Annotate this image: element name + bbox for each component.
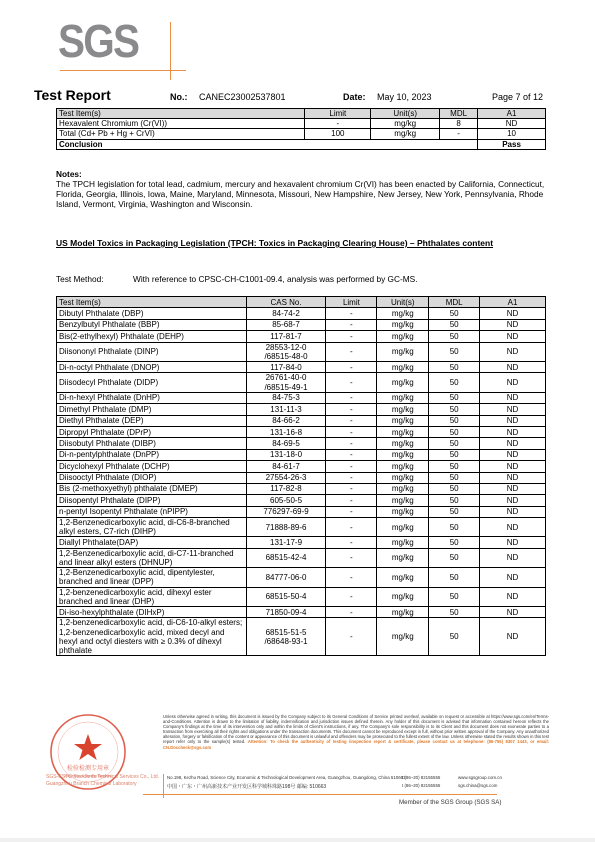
cell-a1: ND [478, 119, 546, 129]
cell-test-item: 1,2-Benzenedicarboxylic acid, dipentyles… [57, 568, 247, 587]
cell-cas-no: 84777-06-0 [246, 568, 326, 587]
cell-limit: - [326, 483, 377, 494]
cell-mdl: 50 [429, 308, 480, 319]
cell-a1: ND [480, 415, 546, 426]
cell-a1: ND [480, 373, 546, 392]
column-header: A1 [480, 297, 546, 308]
cell-test-item: Diisobutyl Phthalate (DIBP) [57, 438, 247, 449]
cell-cas-no: 605-50-5 [246, 495, 326, 506]
logo-accent-line [60, 70, 186, 71]
phthalates-table-body: Dibutyl Phthalate (DBP)84-74-2-mg/kg50ND… [57, 308, 546, 656]
column-header: Test Item(s) [57, 297, 247, 308]
cell-a1: ND [480, 404, 546, 415]
cell-cas-no: 84-66-2 [246, 415, 326, 426]
cell-mdl: 50 [429, 518, 480, 537]
cell-mdl: 50 [429, 548, 480, 567]
cell-test-item: Diisooctyl Phthalate (DIOP) [57, 472, 247, 483]
cell-cas-no: 68515-50-4 [246, 587, 326, 606]
conclusion-row: Conclusion Pass [57, 139, 546, 149]
table-row: Benzylbutyl Phthalate (BBP)85-68-7-mg/kg… [57, 319, 546, 330]
logo-accent-line-vertical [170, 22, 171, 80]
cell-a1: ND [480, 495, 546, 506]
cell-limit: - [326, 438, 377, 449]
cell-limit: - [326, 404, 377, 415]
legal-disclaimer: Unless otherwise agreed in writing, this… [163, 714, 549, 750]
report-title: Test Report [34, 87, 111, 103]
cell-mdl: 50 [429, 449, 480, 460]
table-row: 1,2-Benzenedicarboxylic acid, di-C7-11-b… [57, 548, 546, 567]
cell-limit: - [326, 449, 377, 460]
table-header-row: Test Item(s) CAS No. Limit Unit(s) MDL A… [57, 297, 546, 308]
cell-unit: mg/kg [377, 548, 429, 567]
cell-mdl: - [440, 129, 478, 139]
cell-mdl: 50 [429, 438, 480, 449]
cell-a1: ND [480, 568, 546, 587]
cell-test-item: Dipropyl Phthalate (DPrP) [57, 426, 247, 437]
table-row: Hexavalent Chromium (Cr(VI)) - mg/kg 8 N… [57, 119, 546, 129]
cell-unit: mg/kg [377, 342, 429, 361]
cell-mdl: 50 [429, 373, 480, 392]
table-row: Dipropyl Phthalate (DPrP)131-16-8-mg/kg5… [57, 426, 546, 437]
cell-limit: - [326, 607, 377, 618]
cell-limit: - [326, 308, 377, 319]
column-header: CAS No. [246, 297, 326, 308]
table-row: Di-n-pentylphthalate (DnPP)131-18-0-mg/k… [57, 449, 546, 460]
table-row: 1,2-Benzenedicarboxylic acid, dipentyles… [57, 568, 546, 587]
table-row: Dimethyl Phthalate (DMP)131-11-3-mg/kg50… [57, 404, 546, 415]
cell-unit: mg/kg [377, 506, 429, 517]
table-row: Di-n-octyl Phthalate (DNOP)117-84-0-mg/k… [57, 361, 546, 372]
cell-unit: mg/kg [377, 449, 429, 460]
cell-limit: - [326, 495, 377, 506]
cell-a1: ND [480, 518, 546, 537]
cell-unit: mg/kg [377, 568, 429, 587]
cell-a1: ND [480, 537, 546, 548]
cell-cas-no: 26761-40-0/68515-49-1 [246, 373, 326, 392]
cell-test-item: Hexavalent Chromium (Cr(VI)) [57, 119, 305, 129]
page-edge [0, 838, 595, 842]
cell-unit: mg/kg [377, 404, 429, 415]
table-row: Diisopentyl Phthalate (DIPP)605-50-5-mg/… [57, 495, 546, 506]
test-method-label: Test Method: [56, 274, 133, 284]
cell-a1: ND [480, 392, 546, 403]
svg-text:检验检测专用章: 检验检测专用章 [67, 764, 109, 772]
cell-cas-no: 68515-42-4 [246, 548, 326, 567]
cell-mdl: 50 [429, 495, 480, 506]
email-link[interactable]: sgs.china@sgs.com [458, 783, 497, 788]
cell-cas-no: 117-81-7 [246, 331, 326, 342]
cell-test-item: Dicyclohexyl Phthalate (DCHP) [57, 461, 247, 472]
cell-test-item: Bis(2-ethylhexyl) Phthalate (DEHP) [57, 331, 247, 342]
table-row: Total (Cd+ Pb + Hg + CrVI) 100 mg/kg - 1… [57, 129, 546, 139]
cell-mdl: 50 [429, 618, 480, 656]
cell-test-item: Di-n-hexyl Phthalate (DnHP) [57, 392, 247, 403]
table-row: Dibutyl Phthalate (DBP)84-74-2-mg/kg50ND [57, 308, 546, 319]
cell-test-item: Di-n-octyl Phthalate (DNOP) [57, 361, 247, 372]
report-date: May 10, 2023 [377, 92, 432, 102]
cell-a1: ND [480, 618, 546, 656]
cell-unit: mg/kg [377, 331, 429, 342]
cell-test-item: Benzylbutyl Phthalate (BBP) [57, 319, 247, 330]
cell-mdl: 50 [429, 319, 480, 330]
cell-unit: mg/kg [377, 361, 429, 372]
cell-mdl: 50 [429, 342, 480, 361]
cell-mdl: 50 [429, 506, 480, 517]
cell-mdl: 50 [429, 537, 480, 548]
cell-limit: - [326, 506, 377, 517]
cell-a1: ND [480, 426, 546, 437]
cell-test-item: 1,2-Benzenedicarboxylic acid, di-C6-8-br… [57, 518, 247, 537]
phthalates-table: Test Item(s) CAS No. Limit Unit(s) MDL A… [56, 296, 546, 656]
cell-limit: - [326, 331, 377, 342]
cell-mdl: 50 [429, 392, 480, 403]
cell-a1: ND [480, 607, 546, 618]
cell-a1: ND [480, 483, 546, 494]
cell-cas-no: 117-82-8 [246, 483, 326, 494]
address-chinese: 中国・广东・广州高新技术产业开发区科学城科珠路198号 邮编: 510663 [167, 783, 326, 790]
table-row: n-pentyl Isopentyl Phthalate (nPIPP)7762… [57, 506, 546, 517]
cell-limit: - [326, 618, 377, 656]
column-header: Unit(s) [377, 297, 429, 308]
table-row: 1,2-Benzenedicarboxylic acid, di-C6-8-br… [57, 518, 546, 537]
table-row: 1,2-benzenedicarboxylic acid, di-C6-10-a… [57, 618, 546, 656]
table-row: Diallyl Phthalate(DAP)131-17-9-mg/kg50ND [57, 537, 546, 548]
telephone: t (86–20) 82155555 [402, 783, 440, 788]
cell-mdl: 50 [429, 483, 480, 494]
report-number: CANEC23002537801 [199, 92, 286, 102]
cell-a1: ND [480, 438, 546, 449]
cell-unit: mg/kg [377, 426, 429, 437]
cell-cas-no: 71888-89-6 [246, 518, 326, 537]
cell-limit: - [326, 587, 377, 606]
cell-limit: - [326, 426, 377, 437]
column-header: Limit [305, 109, 371, 119]
table-row: Diethyl Phthalate (DEP)84-66-2-mg/kg50ND [57, 415, 546, 426]
cell-unit: mg/kg [377, 587, 429, 606]
cell-test-item: Di-n-pentylphthalate (DnPP) [57, 449, 247, 460]
stamp-caption: SGS-CSTC Standards Technical Services Co… [46, 774, 159, 780]
report-number-label: No.: [170, 92, 188, 102]
cell-limit: - [326, 319, 377, 330]
cell-mdl: 50 [429, 404, 480, 415]
cell-unit: mg/kg [377, 483, 429, 494]
conclusion-value: Pass [478, 139, 546, 149]
column-header: MDL [429, 297, 480, 308]
conclusion-label: Conclusion [57, 139, 478, 149]
table-row: 1,2-benzenedicarboxylic acid, dihexyl es… [57, 587, 546, 606]
cell-test-item: Di-iso-hexylphthalate (DIHxP) [57, 607, 247, 618]
cell-test-item: Total (Cd+ Pb + Hg + CrVI) [57, 129, 305, 139]
cell-a1: ND [480, 461, 546, 472]
report-header: Test Report No.: CANEC23002537801 Date: … [34, 91, 554, 107]
cell-limit: - [326, 472, 377, 483]
notes-title: Notes: [56, 169, 546, 179]
cell-test-item: Diallyl Phthalate(DAP) [57, 537, 247, 548]
cell-a1: ND [480, 449, 546, 460]
table-row: Diisobutyl Phthalate (DIBP)84-69-5-mg/kg… [57, 438, 546, 449]
column-header: Unit(s) [371, 109, 440, 119]
cell-mdl: 50 [429, 472, 480, 483]
address-english: No.198, Kezhu Road, Science City, Econom… [167, 775, 406, 780]
cell-mdl: 50 [429, 461, 480, 472]
cell-unit: mg/kg [377, 319, 429, 330]
cell-a1: ND [480, 472, 546, 483]
cell-unit: mg/kg [377, 537, 429, 548]
cell-a1: ND [480, 331, 546, 342]
inspection-stamp-icon: 检验检测专用章 Inspection & Testing Services [48, 712, 128, 792]
cell-cas-no: 131-16-8 [246, 426, 326, 437]
cell-limit: - [326, 548, 377, 567]
cell-unit: mg/kg [377, 392, 429, 403]
cell-cas-no: 71850-09-4 [246, 607, 326, 618]
section-title: US Model Toxics in Packaging Legislation… [56, 238, 546, 249]
cell-unit: mg/kg [377, 618, 429, 656]
cell-limit: - [305, 119, 371, 129]
test-method: Test Method:With reference to CPSC-CH-C1… [56, 274, 418, 284]
cell-limit: - [326, 361, 377, 372]
cell-cas-no: 117-84-0 [246, 361, 326, 372]
column-header: Test Item(s) [57, 109, 305, 119]
cell-cas-no: 28553-12-0/68515-48-0 [246, 342, 326, 361]
column-header: A1 [478, 109, 546, 119]
cell-unit: mg/kg [377, 495, 429, 506]
cell-test-item: Dimethyl Phthalate (DMP) [57, 404, 247, 415]
cell-unit: mg/kg [371, 119, 440, 129]
cell-unit: mg/kg [377, 373, 429, 392]
cell-mdl: 50 [429, 568, 480, 587]
cell-cas-no: 84-69-5 [246, 438, 326, 449]
cell-cas-no: 27554-26-3 [246, 472, 326, 483]
table-row: Bis (2-methoxyethyl) phthalate (DMEP)117… [57, 483, 546, 494]
cell-cas-no: 776297-69-9 [246, 506, 326, 517]
sgs-logo: SGS [28, 10, 158, 70]
cell-mdl: 50 [429, 587, 480, 606]
heavy-metals-table: Test Item(s) Limit Unit(s) MDL A1 Hexava… [56, 108, 546, 150]
table-row: Diisodecyl Phthalate (DIDP)26761-40-0/68… [57, 373, 546, 392]
cell-test-item: Diisodecyl Phthalate (DIDP) [57, 373, 247, 392]
cell-a1: ND [480, 361, 546, 372]
table-header-row: Test Item(s) Limit Unit(s) MDL A1 [57, 109, 546, 119]
cell-limit: - [326, 342, 377, 361]
cell-cas-no: 131-17-9 [246, 537, 326, 548]
cell-limit: - [326, 537, 377, 548]
cell-a1: ND [480, 308, 546, 319]
footer-divider [143, 794, 497, 795]
cell-unit: mg/kg [377, 518, 429, 537]
cell-limit: - [326, 461, 377, 472]
test-method-text: With reference to CPSC-CH-C1001-09.4, an… [133, 274, 418, 284]
cell-limit: - [326, 415, 377, 426]
cell-a1: ND [480, 548, 546, 567]
stamp-caption: Guangzhou Branch Chemical Laboratory [46, 781, 137, 787]
cell-unit: mg/kg [377, 415, 429, 426]
cell-cas-no: 84-61-7 [246, 461, 326, 472]
cell-unit: mg/kg [377, 472, 429, 483]
cell-test-item: Bis (2-methoxyethyl) phthalate (DMEP) [57, 483, 247, 494]
cell-cas-no: 68515-51-5/68648-93-1 [246, 618, 326, 656]
cell-mdl: 8 [440, 119, 478, 129]
cell-test-item: 1,2-benzenedicarboxylic acid, dihexyl es… [57, 587, 247, 606]
cell-test-item: Diisopentyl Phthalate (DIPP) [57, 495, 247, 506]
cell-test-item: Diisononyl Phthalate (DINP) [57, 342, 247, 361]
table-row: Dicyclohexyl Phthalate (DCHP)84-61-7-mg/… [57, 461, 546, 472]
cell-mdl: 50 [429, 331, 480, 342]
cell-mdl: 50 [429, 361, 480, 372]
table-row: Bis(2-ethylhexyl) Phthalate (DEHP)117-81… [57, 331, 546, 342]
cell-limit: - [326, 392, 377, 403]
date-label: Date: [343, 92, 366, 102]
table-row: Diisononyl Phthalate (DINP)28553-12-0/68… [57, 342, 546, 361]
notes-section: Notes: The TPCH legislation for total le… [56, 169, 546, 209]
cell-a1: ND [480, 587, 546, 606]
notes-text: The TPCH legislation for total lead, cad… [56, 179, 546, 209]
cell-cas-no: 84-74-2 [246, 308, 326, 319]
table-row: Diisooctyl Phthalate (DIOP)27554-26-3-mg… [57, 472, 546, 483]
cell-mdl: 50 [429, 415, 480, 426]
logo-text: SGS [58, 18, 138, 64]
cell-cas-no: 131-11-3 [246, 404, 326, 415]
cell-cas-no: 84-75-3 [246, 392, 326, 403]
cell-test-item: 1,2-benzenedicarboxylic acid, di-C6-10-a… [57, 618, 247, 656]
table-row: Di-n-hexyl Phthalate (DnHP)84-75-3-mg/kg… [57, 392, 546, 403]
cell-unit: mg/kg [371, 129, 440, 139]
cell-cas-no: 85-68-7 [246, 319, 326, 330]
cell-a1: ND [480, 319, 546, 330]
cell-a1: ND [480, 506, 546, 517]
cell-mdl: 50 [429, 607, 480, 618]
cell-unit: mg/kg [377, 607, 429, 618]
website-link[interactable]: www.sgsgroup.com.cn [458, 775, 502, 780]
cell-mdl: 50 [429, 426, 480, 437]
cell-test-item: Dibutyl Phthalate (DBP) [57, 308, 247, 319]
page-number: Page 7 of 12 [492, 92, 543, 102]
table-row: Di-iso-hexylphthalate (DIHxP)71850-09-4-… [57, 607, 546, 618]
column-header: MDL [440, 109, 478, 119]
cell-limit: 100 [305, 129, 371, 139]
cell-test-item: 1,2-Benzenedicarboxylic acid, di-C7-11-b… [57, 548, 247, 567]
cell-unit: mg/kg [377, 461, 429, 472]
cell-limit: - [326, 373, 377, 392]
cell-unit: mg/kg [377, 308, 429, 319]
cell-a1: 10 [478, 129, 546, 139]
cell-cas-no: 131-18-0 [246, 449, 326, 460]
cell-limit: - [326, 568, 377, 587]
column-header: Limit [326, 297, 377, 308]
cell-test-item: Diethyl Phthalate (DEP) [57, 415, 247, 426]
cell-test-item: n-pentyl Isopentyl Phthalate (nPIPP) [57, 506, 247, 517]
cell-limit: - [326, 518, 377, 537]
telephone: t (86–20) 82155555 [402, 775, 440, 780]
cell-a1: ND [480, 342, 546, 361]
member-statement: Member of the SGS Group (SGS SA) [399, 799, 501, 806]
cell-unit: mg/kg [377, 438, 429, 449]
